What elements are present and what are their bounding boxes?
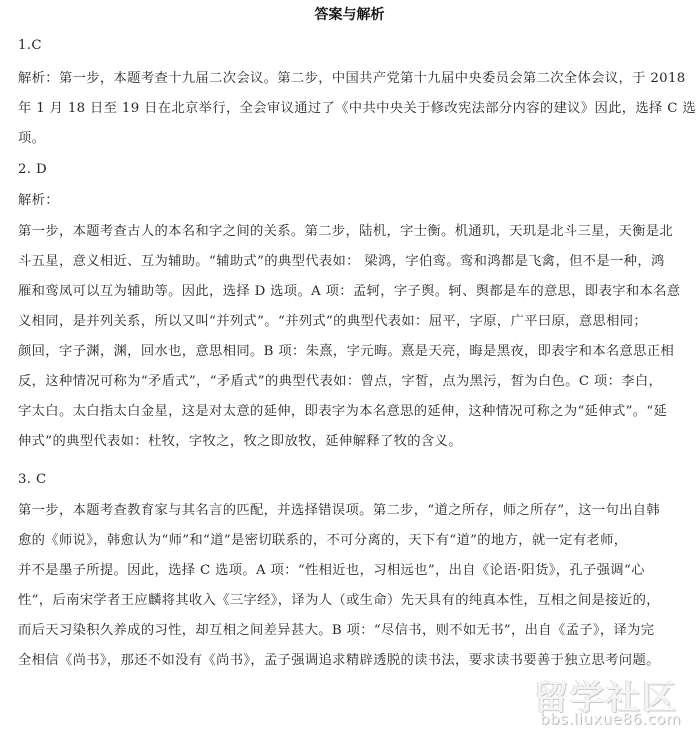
answer-3-text-line: 愈的《师说》，韩愈认为“师”和“道”是密切联系的，不可分离的，天下有“道”的地方…	[18, 533, 688, 549]
document-page: 答案与解析 1.C 解析：第一步，本题考查十九届二次会议。第二步，中国共产党第十…	[0, 0, 699, 730]
answer-2-text-line: 颜回，字子渊，渊，回水也，意思相同。B 项：朱熹，字元晦。熹是天亮，晦是黑夜，即…	[18, 344, 688, 360]
answer-1-text-line: 项。	[18, 131, 688, 147]
answer-2-text-line: 第一步，本题考查古人的本名和字之间的关系。第二步，陆机，字士衡。机通玑，天玑是北…	[18, 224, 688, 240]
answer-1-text-line: 解析：第一步，本题考查十九届二次会议。第二步，中国共产党第十九届中央委员会第二次…	[18, 71, 688, 87]
answer-3-text-line: 并不是墨子所提。因此，选择 C 选项。A 项：“性相近也，习相远也”，出自《论语…	[18, 563, 688, 579]
answer-3-heading: 3. C	[18, 472, 688, 488]
answer-3-text-line: 全相信《尚书》，那还不如没有《尚书》，孟子强调追求精辟透脱的读书法，要求读书要善…	[18, 653, 688, 669]
watermark: 留学社区 bbs.liuxue86.com	[528, 670, 698, 730]
answer-2-text-line: 字太白。太白指太白金星，这是对太意的延伸，即表字为本名意思的延伸，这种情况可称之…	[18, 404, 688, 420]
answer-1-text-line: 年 1 月 18 日至 19 日在北京举行，全会审议通过了《中共中央关于修改宪法…	[18, 101, 688, 117]
answer-2-analysis-label: 解析：	[18, 193, 688, 209]
document-title: 答案与解析	[0, 4, 699, 24]
answer-3-text-line: 第一步，本题考查教育家与其名言的匹配，并选择错误项。第二步，“道之所存，师之所存…	[18, 503, 688, 519]
answer-3-text-line: 而后天习染积久养成的习性，却互相之间差异甚大。B 项：“尽信书，则不如无书”，出…	[18, 623, 688, 639]
watermark-url: bbs.liuxue86.com	[540, 710, 681, 728]
answer-1-heading: 1.C	[18, 38, 688, 54]
watermark-logo-text: 留学社区	[534, 670, 678, 719]
answer-2-heading: 2. D	[18, 162, 688, 178]
answer-2-text-line: 反，这种情况可称为“矛盾式”，“矛盾式”的典型代表如：曾点，字皙，点为黑污，皙为…	[18, 374, 688, 390]
answer-2-text-line: 义相同，是并列关系，所以又叫“并列式”。“并列式”的典型代表如：屈平，字原，广平…	[18, 314, 688, 330]
answer-2-text-line: 斗五星，意义相近、互为辅助。“辅助式”的典型代表如： 梁鸿，字伯鸾。鸾和鸿都是飞…	[18, 254, 688, 270]
answer-2-text-line: 雁和鸾凤可以互为辅助等。因此，选择 D 选项。A 项：孟轲，字子舆。轲、舆都是车…	[18, 284, 688, 300]
answer-3-text-line: 性”，后南宋学者王应麟将其收入《三字经》，译为人（或生命）先天具有的纯真本性，互…	[18, 593, 688, 609]
answer-2-text-line: 伸式”的典型代表如：杜牧，字牧之，牧之即放牧，延伸解释了牧的含义。	[18, 434, 688, 450]
